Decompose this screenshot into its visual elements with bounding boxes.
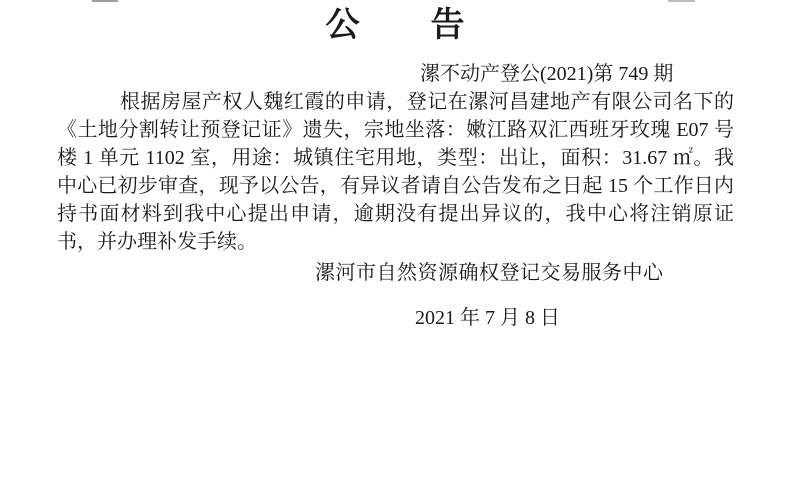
issuer-name: 漯河市自然资源确权登记交易服务中心	[315, 259, 664, 287]
issue-date: 2021 年 7 月 8 日	[415, 304, 560, 332]
announcement-page: 公 告 漯不动产登公(2021)第 749 期 根据房屋产权人魏红霞的申请，登记…	[0, 0, 791, 482]
top-edge-artifact-left	[92, 0, 118, 2]
top-edge-artifact-right	[668, 0, 695, 2]
notice-body: 根据房屋产权人魏红霞的申请，登记在漯河昌建地产有限公司名下的《土地分割转让预登记…	[57, 88, 734, 256]
issue-number: 漯不动产登公(2021)第 749 期	[420, 61, 673, 87]
page-title: 公 告	[0, 6, 791, 46]
